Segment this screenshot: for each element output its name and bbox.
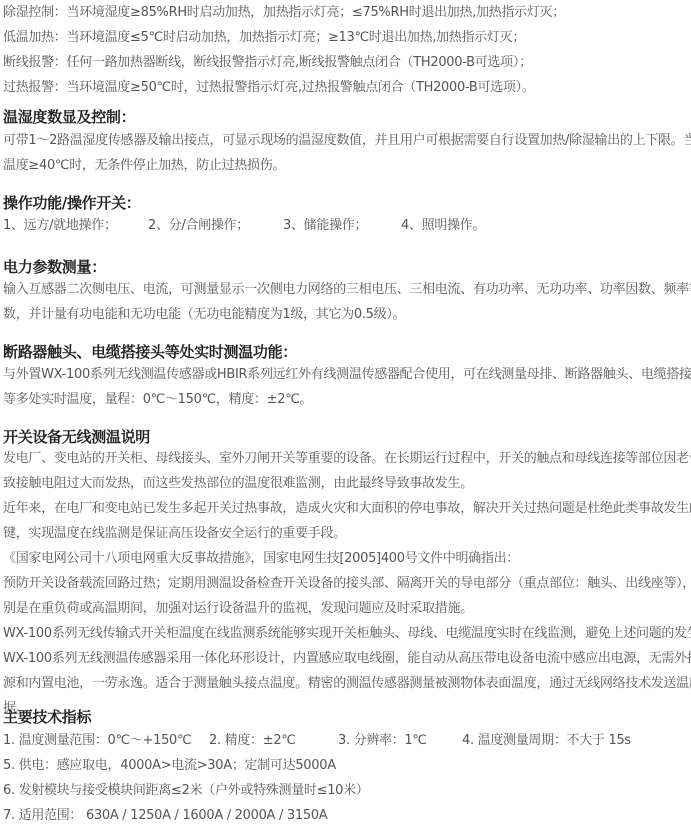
paragraph-line: 《国家电网公司十八项电网重大反事故措施》，国家电网生技[2005]400号文件中… xyxy=(3,546,519,571)
section-title-temp-humidity: 温湿度数显及控制： xyxy=(3,106,135,128)
disconnect-alarm-text: 断线报警：任何一路加热器断线，断线报警指示灯亮,断线报警触点闭合（TH2000-… xyxy=(3,50,532,75)
spec-item: 3. 分辨率：1℃ xyxy=(338,728,462,753)
paragraph-line: WX-100系列无线传输式开关柜温度在线监测系统能够实现开关柜触头、母线、电缆温… xyxy=(3,621,691,646)
specs-row-1: 1. 温度测量范围：0℃～+150℃2. 精度：±2℃3. 分辨率：1℃4. 温… xyxy=(3,728,631,753)
paragraph-line: 源和内置电池，一劳永逸。适合于测量触头接点温度。精密的测温传感器测量被测物体表面… xyxy=(3,671,691,696)
spec-item: 4. 温度测量周期：不大于 15s xyxy=(462,728,631,753)
paragraph-line: 近年来，在电厂和变电站已发生多起开关过热事故，造成火灾和大面积的停电事故，解决开… xyxy=(3,496,691,521)
paragraph-line: 致接触电阻过大而发热，而这些发热部位的温度很难监测，由此最终导致事故发生。 xyxy=(3,471,473,496)
operation-item: 1、远方/就地操作； xyxy=(3,213,148,238)
low-temp-heating-text: 低温加热：当环境温度≤5℃时启动加热，加热指示灯亮；≥13℃时退出加热,加热指示… xyxy=(3,25,525,50)
paragraph-line: 等多处实时温度，量程：0℃～150℃，精度：±2℃。 xyxy=(3,387,312,412)
spec-item: 1. 温度测量范围：0℃～+150℃ xyxy=(3,728,209,753)
spec-item: 2. 精度：±2℃ xyxy=(209,728,338,753)
paragraph-line: 数，并计量有功电能和无功电能（无功电能精度为1级，其它为0.5级）。 xyxy=(3,302,405,327)
paragraph-line: 键，实现温度在线监测是保证高压设备安全运行的重要手段。 xyxy=(3,521,346,546)
operation-item: 2、分/合闸操作； xyxy=(148,213,283,238)
dehumidify-control-text: 除湿控制：当环境湿度≥85%RH时启动加热，加热指示灯亮；≤75%RH时退出加热… xyxy=(3,0,565,25)
operation-item: 3、储能操作； xyxy=(283,213,401,238)
section-title-specs: 主要技术指标 xyxy=(3,706,91,728)
operation-item: 4、照明操作。 xyxy=(401,213,485,238)
paragraph-line: 预防开关设备载流回路过热；定期用测温设备检查开关设备的接头部、隔离开关的导电部分… xyxy=(3,571,691,596)
paragraph-line: 发电厂、变电站的开关柜、母线接头、室外刀闸开关等重要的设备。在长期运行过程中，开… xyxy=(3,446,691,471)
operation-items: 1、远方/就地操作；2、分/合闸操作；3、储能操作；4、照明操作。 xyxy=(3,213,485,238)
paragraph-line: 输入互感器二次侧电压、电流，可测量显示一次侧电力网络的三相电压、三相电流、有功功… xyxy=(3,277,691,302)
section-title-power: 电力参数测量： xyxy=(3,256,106,278)
section-title-operation: 操作功能/操作开关： xyxy=(3,192,140,214)
paragraph-line: WX-100系列无线测温传感器采用一体化环形设计，内置感应取电线圈，能自动从高压… xyxy=(3,646,691,671)
spec-line: 5. 供电：感应取电，4000A>电流>30A；定制可达5000A xyxy=(3,753,336,778)
overheat-alarm-text: 过热报警：当环境温度≥50℃时，过热报警指示灯亮,过热报警触点闭合（TH2000… xyxy=(3,75,535,100)
spec-line: 6. 发射模块与接受模块间距离≤2米（户外或特殊测量时≤10米） xyxy=(3,778,369,803)
section-title-wireless: 开关设备无线测温说明 xyxy=(3,426,150,448)
section-title-realtime: 断路器触头、电缆搭接头等处实时测温功能： xyxy=(3,341,297,363)
paragraph-line: 可带1～2路温湿度传感器及输出接点，可显示现场的温湿度数值，并且用户可根据需要自… xyxy=(3,128,691,153)
spec-line: 7. 适用范围： 630A / 1250A / 1600A / 2000A / … xyxy=(3,803,327,828)
paragraph-line: 别是在重负荷或高温期间，加强对运行设备温升的监视，发现问题应及时采取措施。 xyxy=(3,596,473,621)
paragraph-line: 与外置WX-100系列无线测温传感器或HBIR系列远红外有线测温传感器配合使用，… xyxy=(3,362,691,387)
paragraph-line: 温度≥40℃时，无条件停止加热，防止过热损伤。 xyxy=(3,153,285,178)
